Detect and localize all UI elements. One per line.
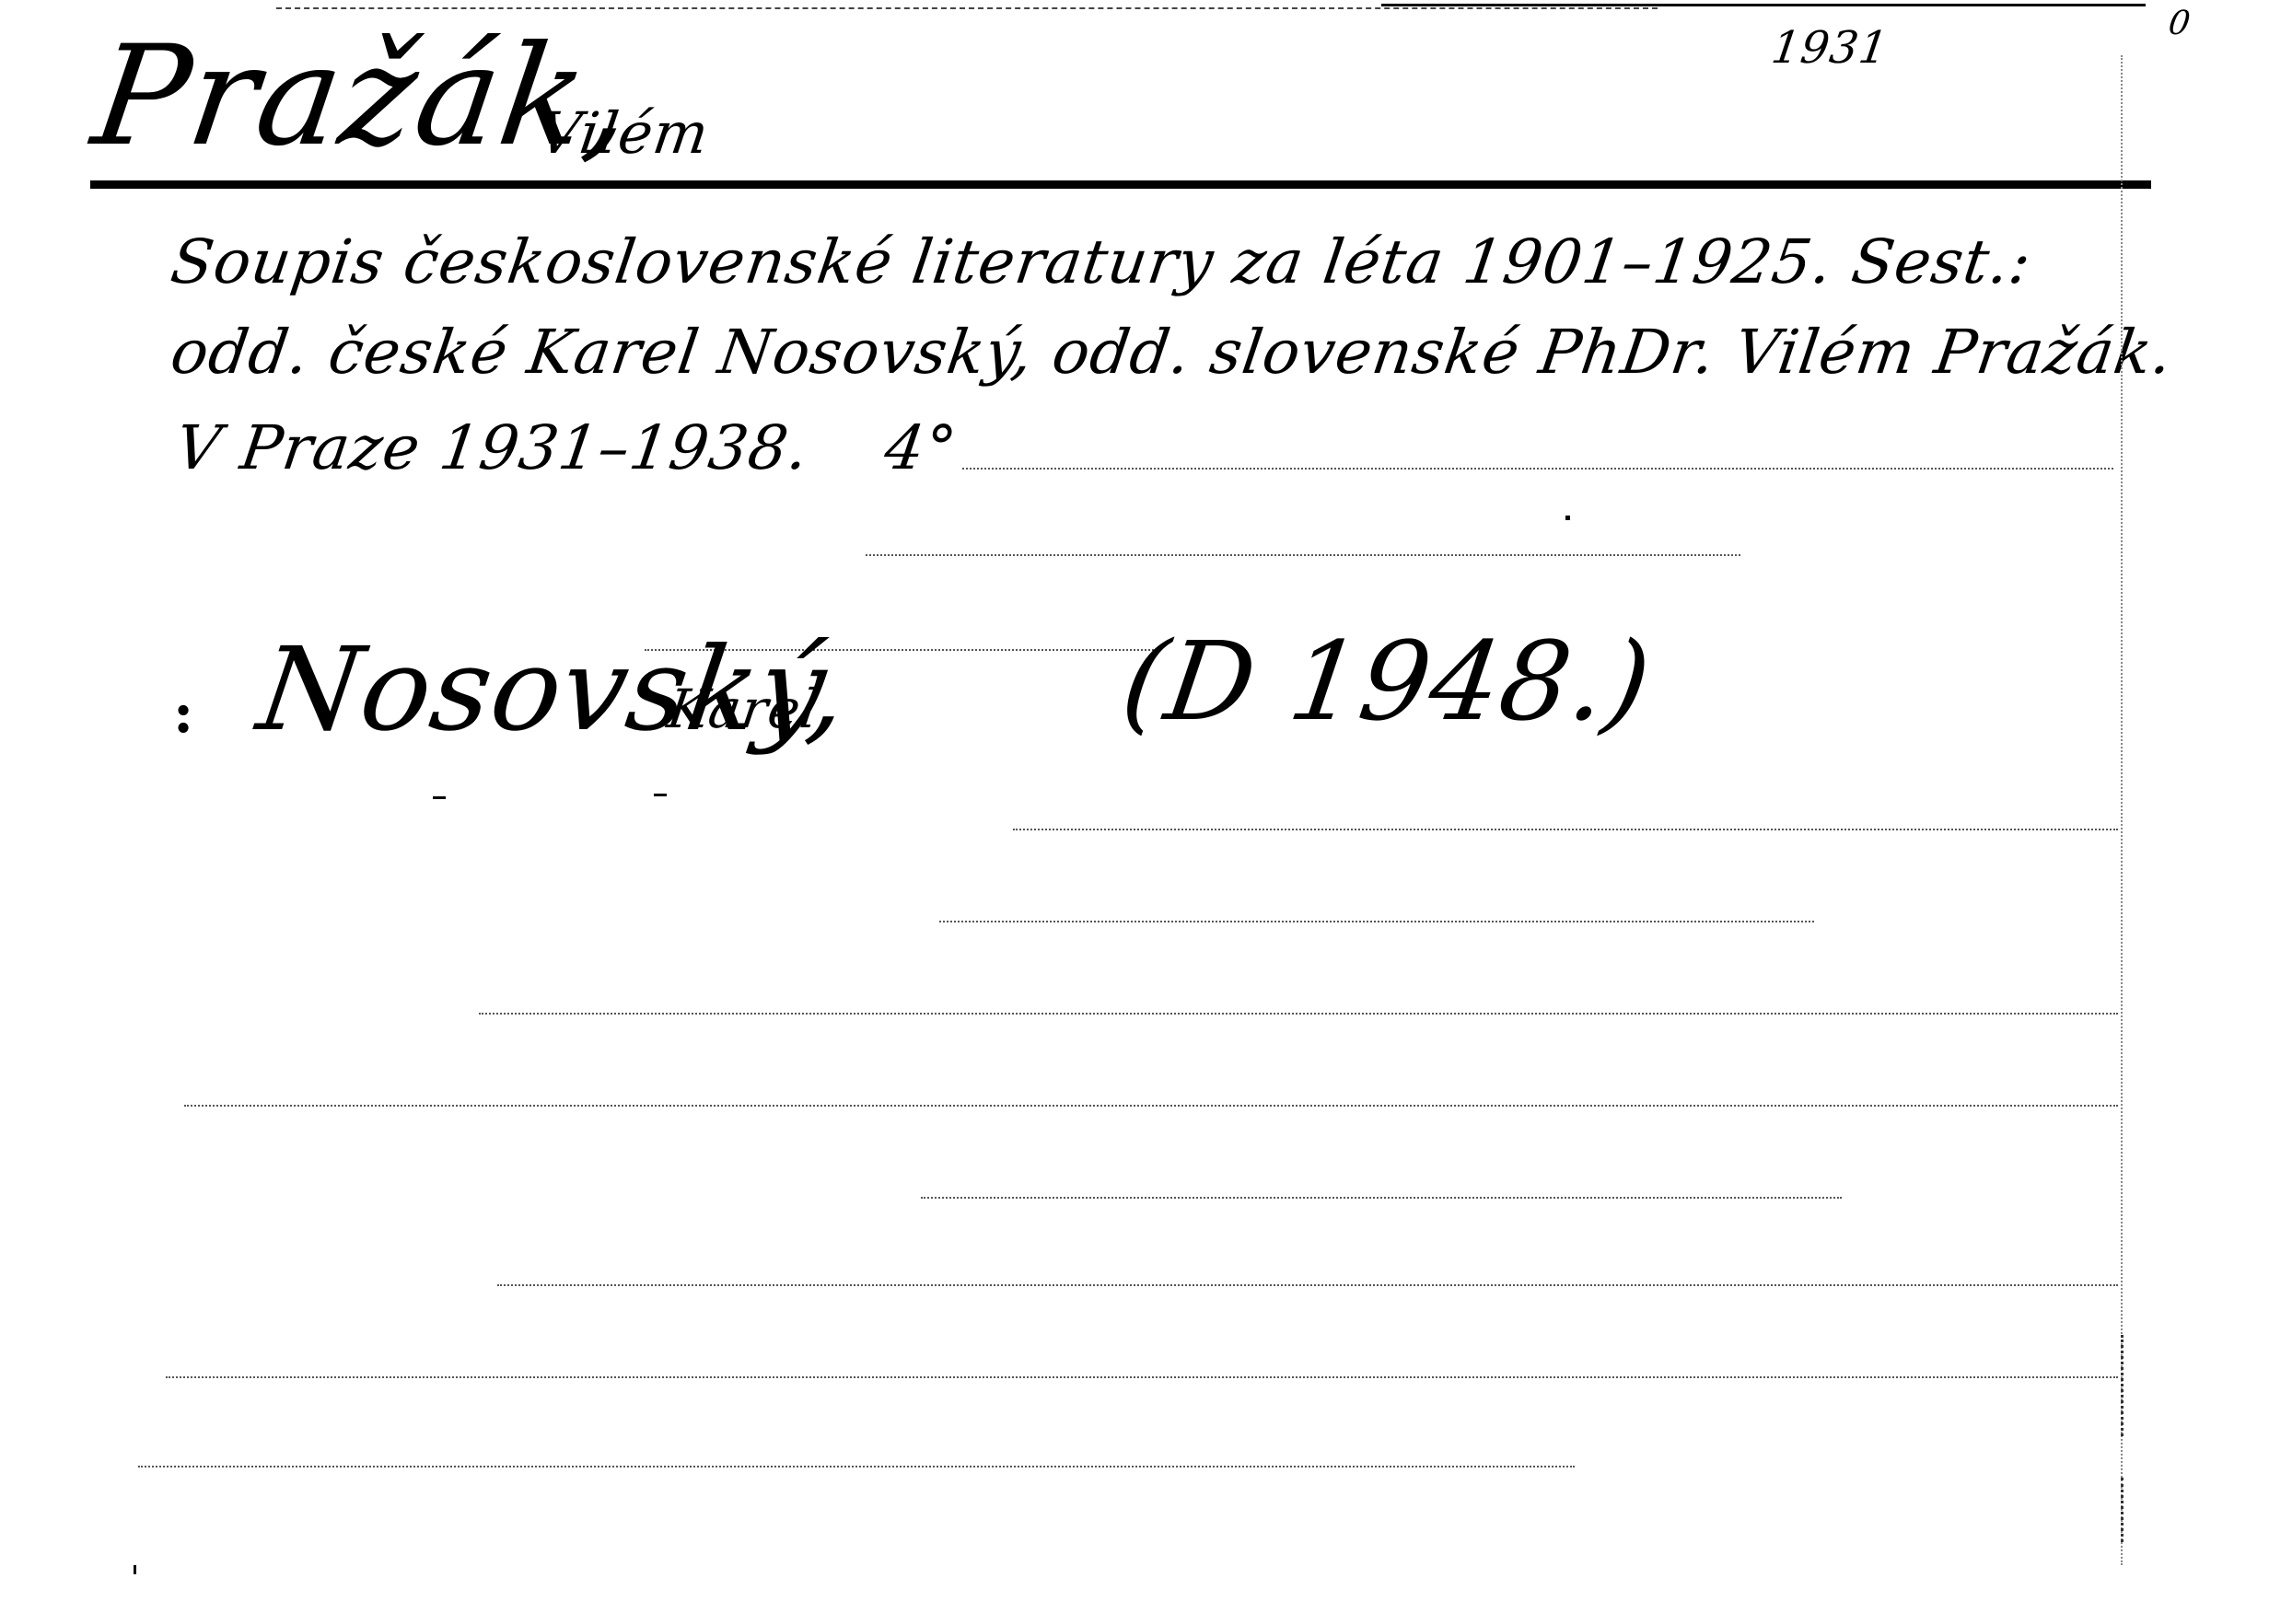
margin-guide: [2121, 1335, 2124, 1436]
ruling-line: [921, 1197, 1842, 1199]
heading-forename: Vilém: [534, 97, 714, 170]
ruling-line: [166, 1376, 2118, 1378]
added-entry-marker: :: [173, 677, 193, 750]
title-line-2: odd. české Karel Nosovský, odd. slovensk…: [166, 311, 2178, 394]
top-edge-artifact: [276, 7, 1658, 9]
format-note: 4°: [879, 407, 962, 490]
corner-mark: 0: [2166, 4, 2193, 44]
ruling-line: [497, 1284, 2118, 1286]
heading-rule: [90, 180, 2151, 189]
imprint-line: V Praze 1931–1938.: [170, 407, 814, 490]
scan-speck: [134, 1565, 136, 1574]
year-annotation: 1931: [1768, 20, 1892, 75]
catalog-card: 1931 0 Pražák, Vilém Soupis českoslovens…: [0, 0, 2269, 1624]
added-entry-forename: Karel: [663, 672, 824, 746]
ruling-line: [184, 1105, 2118, 1107]
top-edge-artifact: [1381, 4, 2146, 6]
date-note: (D 1948.): [1114, 612, 1659, 750]
scan-speck: [1565, 516, 1570, 520]
ruling-line: [962, 468, 2113, 470]
title-line-1: Soupis československé literatury za léta…: [166, 221, 2037, 304]
ruling-line: [1013, 829, 2118, 830]
ruling-line: [479, 1013, 2118, 1015]
ruling-line: [138, 1466, 1575, 1467]
ruling-line: [939, 921, 1814, 922]
scan-speck: [654, 794, 667, 796]
scan-speck: [433, 796, 446, 799]
ruling-line: [866, 554, 1740, 556]
margin-guide: [2121, 1478, 2124, 1542]
